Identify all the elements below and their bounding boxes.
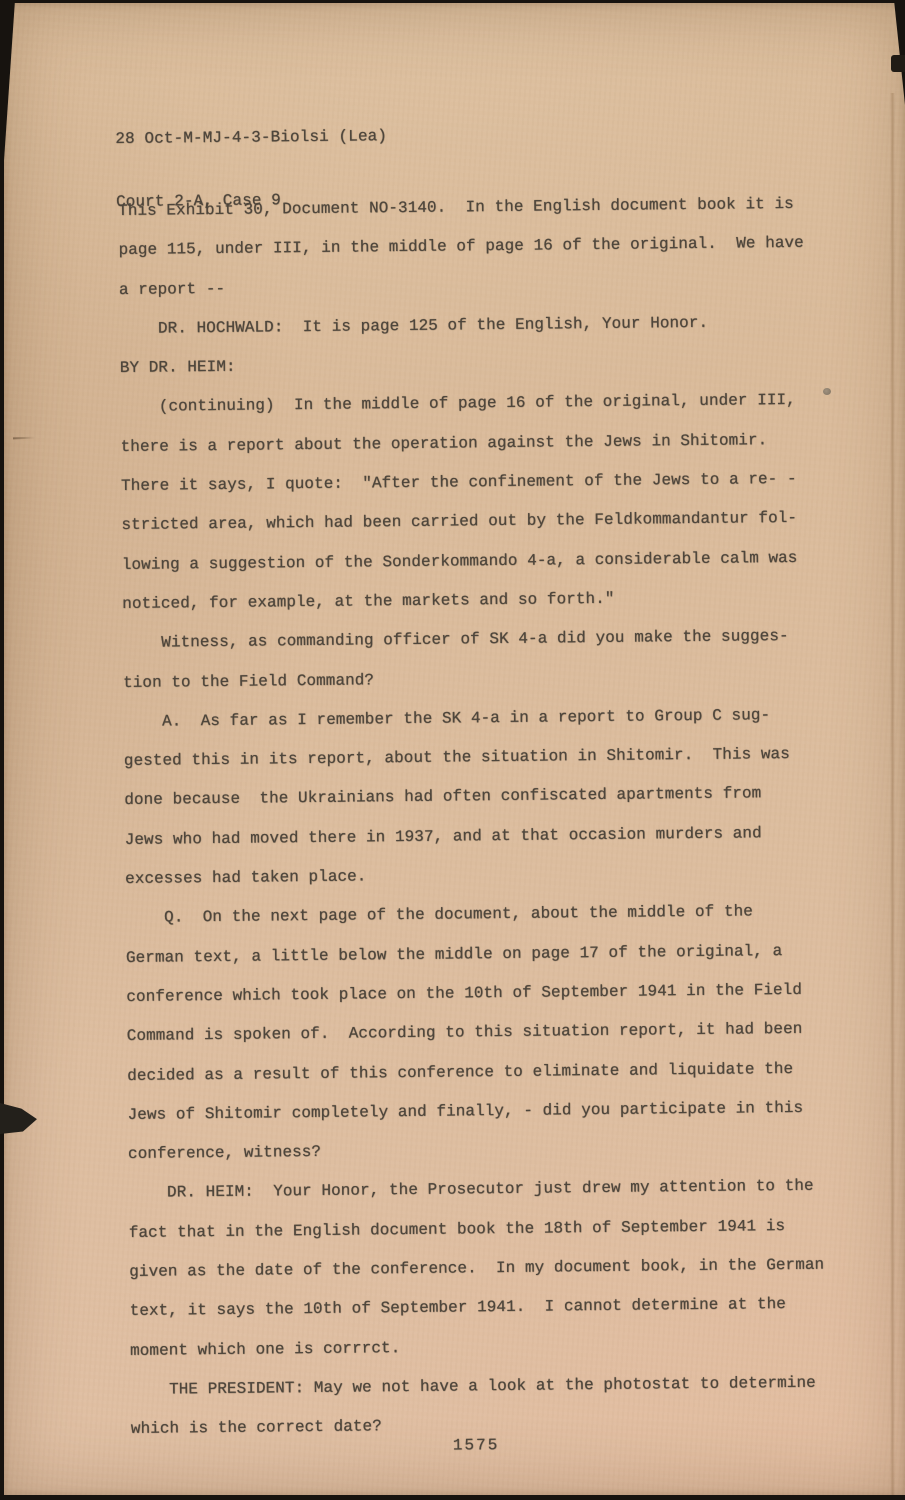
transcript-line: lowing a suggestion of the Sonderkommand… [122,538,862,585]
header-reference-line: 28 Oct-M-MJ-4-3-Biolsi (Lea) [115,126,387,150]
typewritten-layer: 28 Oct-M-MJ-4-3-Biolsi (Lea) Court 2-A, … [3,0,905,1496]
scan-notch-right [891,55,905,72]
transcript-body: This Exhibit 30, Document NO-3140. In th… [118,184,871,1449]
transcript-line: Jews who had moved there in 1937, and at… [125,813,865,860]
transcript-line: page 115, under III, in the middle of pa… [118,224,858,271]
document-page: 28 Oct-M-MJ-4-3-Biolsi (Lea) Court 2-A, … [4,3,905,1495]
transcript-line: text, it says the 10th of September 1941… [129,1284,869,1331]
transcript-line: Jews of Shitomir completely and finally,… [127,1088,867,1135]
transcript-line: THE PRESIDENT: May we not have a look at… [130,1363,870,1410]
scan-background: 28 Oct-M-MJ-4-3-Biolsi (Lea) Court 2-A, … [0,0,905,1500]
transcript-line: Witness, as commanding officer of SK 4-a… [122,616,862,663]
